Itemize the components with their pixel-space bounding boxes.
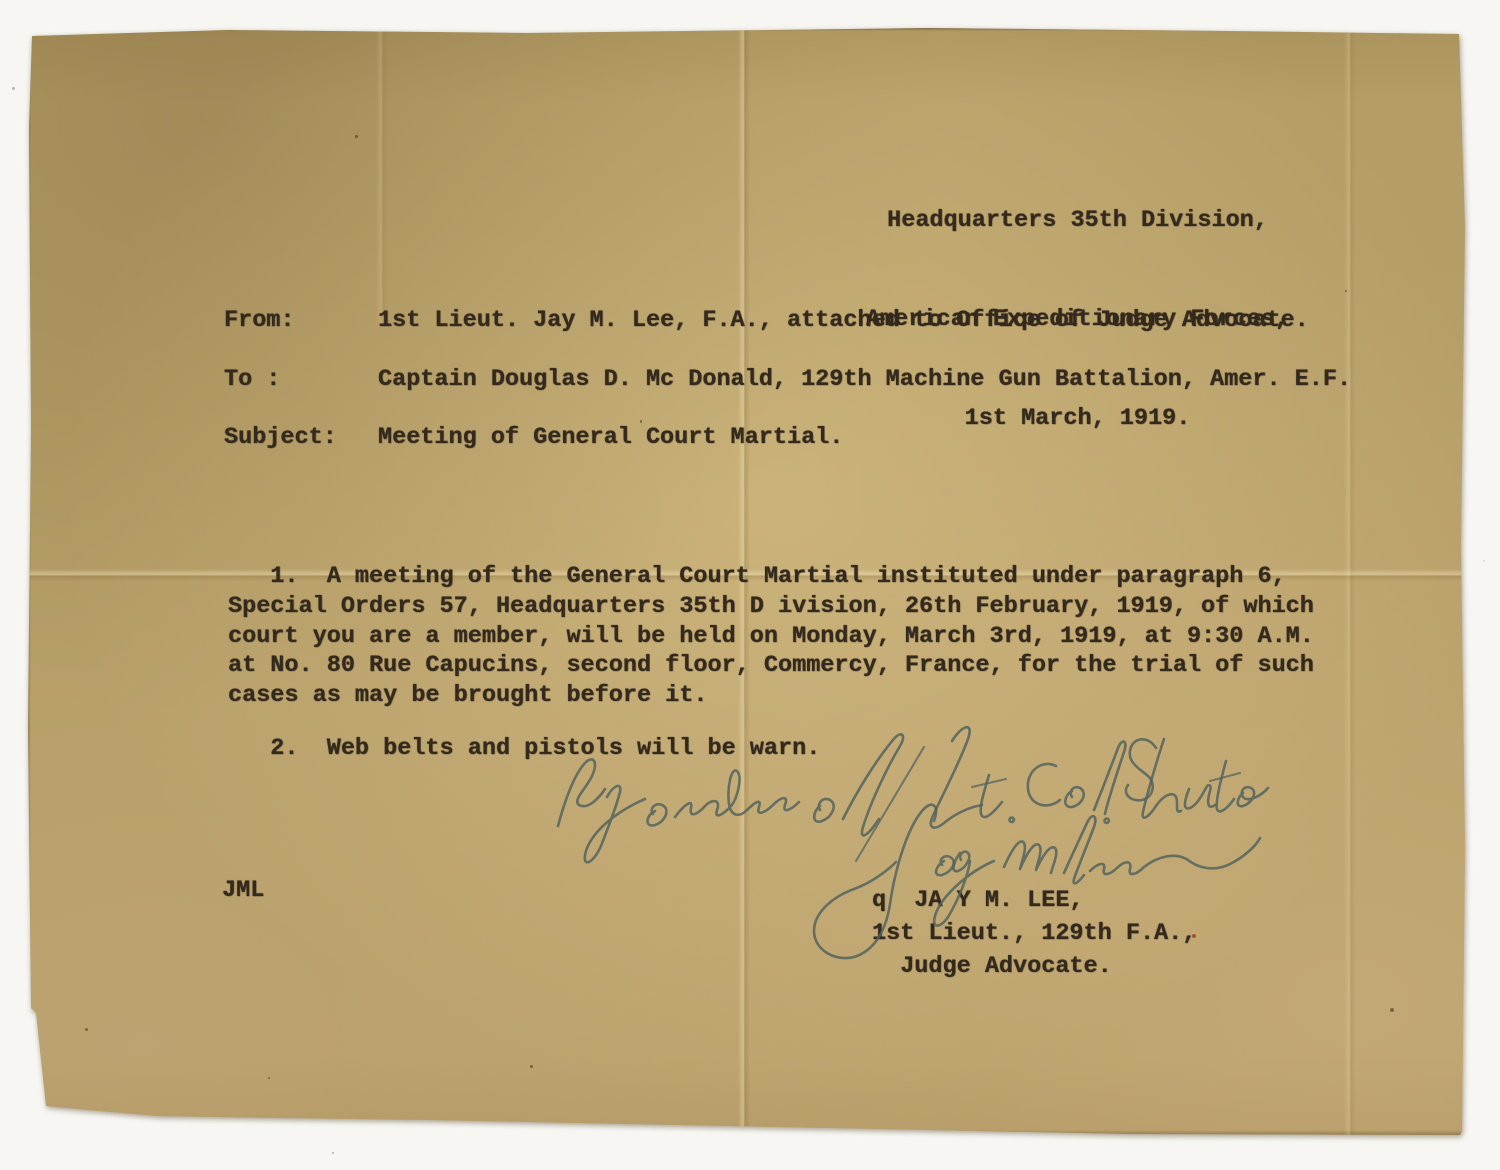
paper-speck <box>85 1028 88 1031</box>
paper-speck <box>640 420 642 423</box>
body-paragraph-2: 2. Web belts and pistols will be warn. <box>228 734 820 764</box>
paper-speck <box>1390 1008 1394 1012</box>
memo-field-from: From: 1st Lieut. Jay M. Lee, F.A., attac… <box>224 307 1309 334</box>
letterhead-line-1: Headquarters 35th Division, <box>855 204 1300 237</box>
vertical-fold-crease <box>1344 27 1356 1135</box>
memo-field-subject: Subject: Meeting of General Court Martia… <box>224 424 843 451</box>
from-value: 1st Lieut. Jay M. Lee, F.A., attached to… <box>378 307 1309 334</box>
typist-initials: JML <box>222 877 264 904</box>
subject-label: Subject: <box>224 424 378 451</box>
paper-speck <box>1345 290 1347 292</box>
paper-speck <box>530 1065 533 1068</box>
paper-bottom-edge-shadow <box>28 1130 1465 1135</box>
signature-block: q JA Y M. LEE, 1st Lieut., 129th F.A., J… <box>872 884 1196 983</box>
memo-field-to: To : Captain Douglas D. Mc Donald, 129th… <box>224 366 1351 393</box>
letterhead-line-3: 1st March, 1919. <box>855 402 1300 435</box>
subject-value: Meeting of General Court Martial. <box>378 424 843 451</box>
to-label: To : <box>224 366 378 393</box>
scan-dust-speck <box>332 1152 334 1154</box>
to-value: Captain Douglas D. Mc Donald, 129th Mach… <box>378 366 1351 393</box>
paper-speck <box>268 1077 270 1079</box>
paper-left-edge-shadow <box>28 27 31 1135</box>
paper-speck <box>355 135 358 138</box>
vertical-fold-crease <box>376 27 388 327</box>
from-label: From: <box>224 307 378 334</box>
body-paragraph-1: 1. A meeting of the General Court Martia… <box>228 562 1314 711</box>
scan-dust-speck <box>1483 560 1485 562</box>
letterhead: Headquarters 35th Division, American Exp… <box>855 138 1300 468</box>
scan-dust-speck <box>12 87 15 90</box>
